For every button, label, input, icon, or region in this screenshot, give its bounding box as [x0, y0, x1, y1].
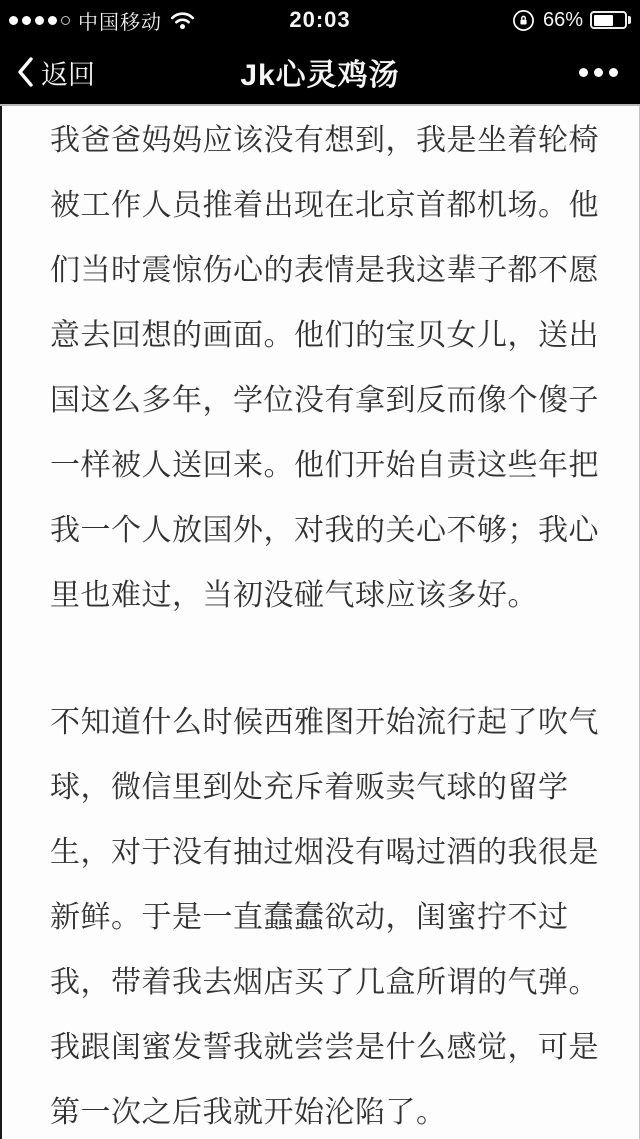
signal-dot-filled: [9, 16, 18, 25]
ellipsis-icon: [609, 68, 618, 77]
article-line: 第一次之后我就开始沦陷了。: [50, 1080, 592, 1139]
clock-label: 20:03: [289, 7, 350, 33]
signal-dot-empty: [61, 16, 70, 25]
battery-body: [590, 11, 627, 29]
signal-dot-filled: [22, 16, 31, 25]
article-line: 不知道什么时候西雅图开始流行起了吹气: [50, 690, 592, 755]
carrier-label: 中国移动: [78, 6, 162, 35]
battery-tip: [628, 16, 631, 24]
screen-edge-line: [0, 106, 2, 1139]
battery-fill: [594, 15, 614, 26]
article-body[interactable]: 我爸爸妈妈应该没有想到，我是坐着轮椅被工作人员推着出现在北京首都机场。他们当时震…: [0, 106, 640, 1139]
back-label: 返回: [41, 53, 95, 92]
nav-bar: 返回 Jk心灵鸡汤: [0, 40, 640, 106]
article-line: 里也难过，当初没碰气球应该多好。: [50, 563, 592, 628]
ellipsis-icon: [594, 68, 603, 77]
article-line: 新鲜。于是一直蠢蠢欲动，闺蜜拧不过: [50, 885, 592, 950]
article-line: 们当时震惊伤心的表情是我这辈子都不愿: [50, 238, 592, 303]
paragraph: 我爸爸妈妈应该没有想到，我是坐着轮椅被工作人员推着出现在北京首都机场。他们当时震…: [50, 108, 592, 628]
battery-icon: [590, 11, 631, 29]
orientation-lock-icon: [512, 9, 535, 32]
article-line: 我一个人放国外，对我的关心不够；我心: [50, 498, 592, 563]
status-bar-left: 中国移动: [9, 6, 195, 35]
status-bar-right: 66%: [512, 9, 631, 32]
page-title: Jk心灵鸡汤: [240, 50, 399, 94]
article-line: 我跟闺蜜发誓我就尝尝是什么感觉，可是: [50, 1015, 592, 1080]
ellipsis-icon: [579, 68, 588, 77]
signal-dot-filled: [48, 16, 57, 25]
article-line: 球，微信里到处充斥着贩卖气球的留学: [50, 755, 592, 820]
signal-dot-filled: [35, 16, 44, 25]
battery-percent-label: 66%: [543, 9, 583, 32]
wifi-icon: [170, 11, 195, 30]
article-line: 国这么多年，学位没有拿到反而像个傻子: [50, 368, 592, 433]
article-line: 生，对于没有抽过烟没有喝过酒的我很是: [50, 820, 592, 885]
more-button[interactable]: [579, 40, 618, 104]
app-chrome: 中国移动 20:03 6: [0, 0, 640, 106]
chevron-left-icon: [16, 56, 34, 88]
article-line: 一样被人送回来。他们开始自责这些年把: [50, 433, 592, 498]
article-line: 我爸爸妈妈应该没有想到，我是坐着轮椅: [50, 108, 592, 173]
paragraph: 不知道什么时候西雅图开始流行起了吹气球，微信里到处充斥着贩卖气球的留学生，对于没…: [50, 690, 592, 1139]
article-line: 意去回想的画面。他们的宝贝女儿，送出: [50, 303, 592, 368]
status-bar: 中国移动 20:03 6: [0, 0, 640, 40]
phone-screen: 中国移动 20:03 6: [0, 0, 640, 1139]
article-line: 被工作人员推着出现在北京首都机场。他: [50, 173, 592, 238]
back-button[interactable]: 返回: [16, 40, 95, 104]
article-line: 我，带着我去烟店买了几盒所谓的气弹。: [50, 950, 592, 1015]
signal-dots-icon: [9, 16, 70, 25]
